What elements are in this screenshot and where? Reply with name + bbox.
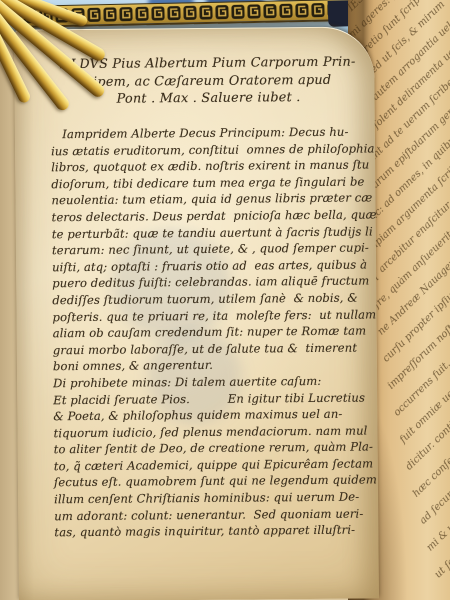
gold-clasp xyxy=(0,0,170,180)
text-line: graui morbo laboraſſe, ut de ſalute tua … xyxy=(53,339,369,358)
dedication-body: Iampridem Alberte Decus Principum: Decus… xyxy=(51,123,371,541)
text-line: tas, quantò magis inquiritur, tantò appa… xyxy=(54,522,370,541)
text-line: dediſſes ſtudiorum tuorum, utilem ſanè &… xyxy=(52,289,368,308)
book-photograph: q, & uenerabilius q̃ IESVS: Chriſtus Deu… xyxy=(0,0,450,600)
